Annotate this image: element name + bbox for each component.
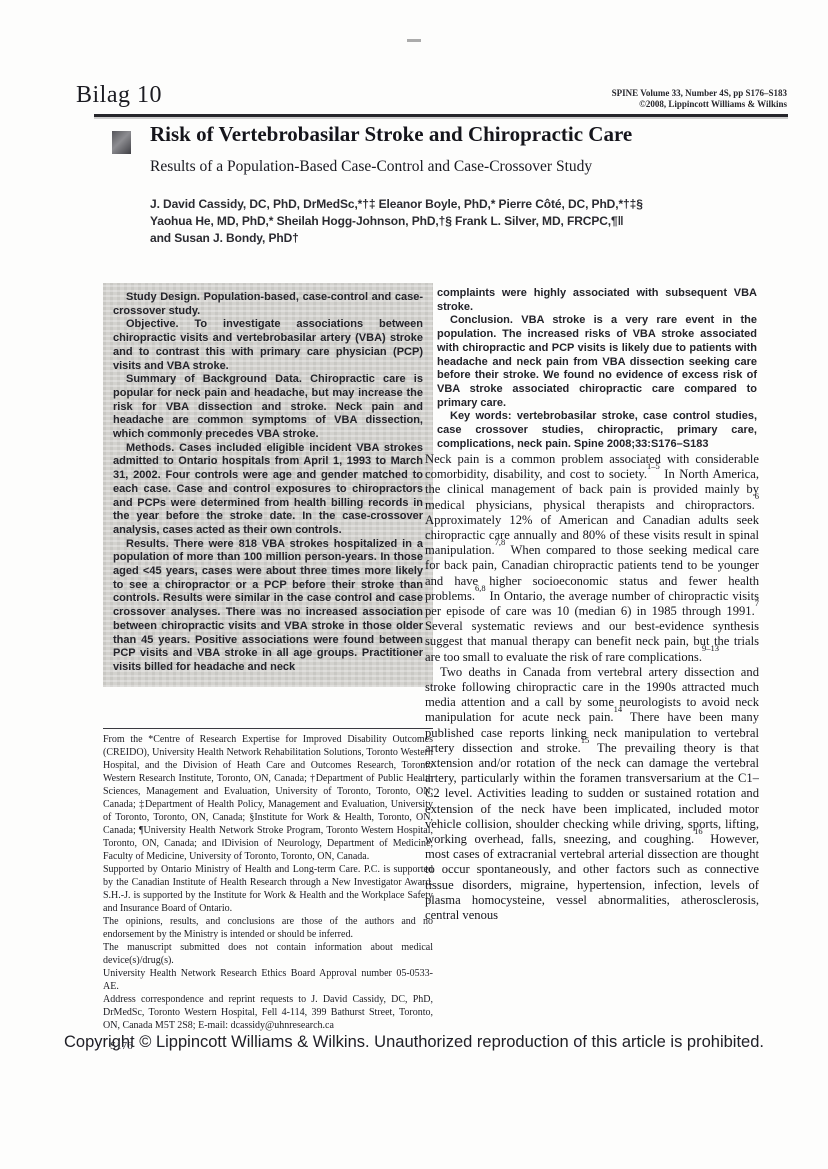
author-block: J. David Cassidy, DC, PhD, DrMedSc,*†‡ E… <box>150 196 780 247</box>
reference-superscript: 9–13 <box>702 643 719 653</box>
authors-line-1: J. David Cassidy, DC, PhD, DrMedSc,*†‡ E… <box>150 196 780 213</box>
abstract-paragraph: Study Design. Population-based, case-con… <box>113 291 423 318</box>
footnote-paragraph: Address correspondence and reprint reque… <box>103 993 433 1032</box>
body-paragraph: Two deaths in Canada from vertebral arte… <box>425 665 759 923</box>
abstract-right-column: complaints were highly associated with s… <box>437 287 757 451</box>
abstract-section-label: Conclusion. <box>450 314 513 326</box>
bilag-label: Bilag 10 <box>76 82 162 109</box>
footnote-paragraph: Supported by Ontario Ministry of Health … <box>103 863 433 915</box>
abstract-paragraph: Methods. Cases included eligible inciden… <box>113 442 423 538</box>
abstract-section-label: Study Design. <box>126 291 200 303</box>
abstract-paragraph: Results. There were 818 VBA strokes hosp… <box>113 538 423 675</box>
abstract-section-label: Key words: <box>450 410 512 422</box>
footnote-paragraph: The opinions, results, and conclusions a… <box>103 915 433 941</box>
footnote-paragraph: From the *Centre of Research Expertise f… <box>103 733 433 863</box>
body-text-column: Neck pain is a common problem associated… <box>425 452 759 1045</box>
journal-volume-line: SPINE Volume 33, Number 4S, pp S176–S183 <box>612 88 787 99</box>
footnote-paragraph: University Health Network Research Ethic… <box>103 967 433 993</box>
abstract-paragraph: complaints were highly associated with s… <box>437 287 757 314</box>
reference-superscript: 6,8 <box>475 583 486 593</box>
reference-superscript: 15 <box>581 735 590 745</box>
abstract-paragraph: Summary of Background Data. Chiropractic… <box>113 373 423 442</box>
scan-artifact-mark <box>407 39 421 42</box>
reference-superscript: 7 <box>755 598 759 608</box>
footnote-block: From the *Centre of Research Expertise f… <box>103 728 433 1032</box>
footnote-paragraph: The manuscript submitted does not contai… <box>103 941 433 967</box>
journal-copyright-line: ©2008, Lippincott Williams & Wilkins <box>612 99 787 110</box>
abstract-section-label: Summary of Background Data. <box>126 373 302 385</box>
reference-superscript: 6 <box>755 491 759 501</box>
copyright-watermark: Copyright © Lippincott Williams & Wilkin… <box>0 1033 828 1052</box>
authors-line-2: Yaohua He, MD, PhD,* Sheilah Hogg-Johnso… <box>150 213 780 230</box>
article-subtitle: Results of a Population-Based Case-Contr… <box>150 158 780 176</box>
body-paragraph: Neck pain is a common problem associated… <box>425 452 759 665</box>
article-marker-icon <box>112 131 131 154</box>
reference-superscript: 1–5 <box>647 461 660 471</box>
abstract-section-label: Results. <box>126 538 169 550</box>
reference-superscript: 14 <box>614 704 623 714</box>
authors-line-3: and Susan J. Bondy, PhD† <box>150 230 780 247</box>
abstract-paragraph: Conclusion. VBA stroke is a very rare ev… <box>437 314 757 410</box>
article-title: Risk of Vertebrobasilar Stroke and Chiro… <box>150 122 780 147</box>
abstract-paragraph: Objective. To investigate associations b… <box>113 318 423 373</box>
abstract-section-label: Objective. <box>126 318 179 330</box>
reference-superscript: 7,8 <box>495 537 506 547</box>
scanned-paper-page: Bilag 10 SPINE Volume 33, Number 4S, pp … <box>0 0 828 1169</box>
abstract-section-label: Methods. <box>126 442 174 454</box>
reference-superscript: 16 <box>694 826 703 836</box>
header-rule <box>94 114 788 117</box>
abstract-left-column: Study Design. Population-based, case-con… <box>103 283 433 687</box>
journal-info: SPINE Volume 33, Number 4S, pp S176–S183… <box>612 88 787 109</box>
abstract-paragraph: Key words: vertebrobasilar stroke, case … <box>437 410 757 451</box>
